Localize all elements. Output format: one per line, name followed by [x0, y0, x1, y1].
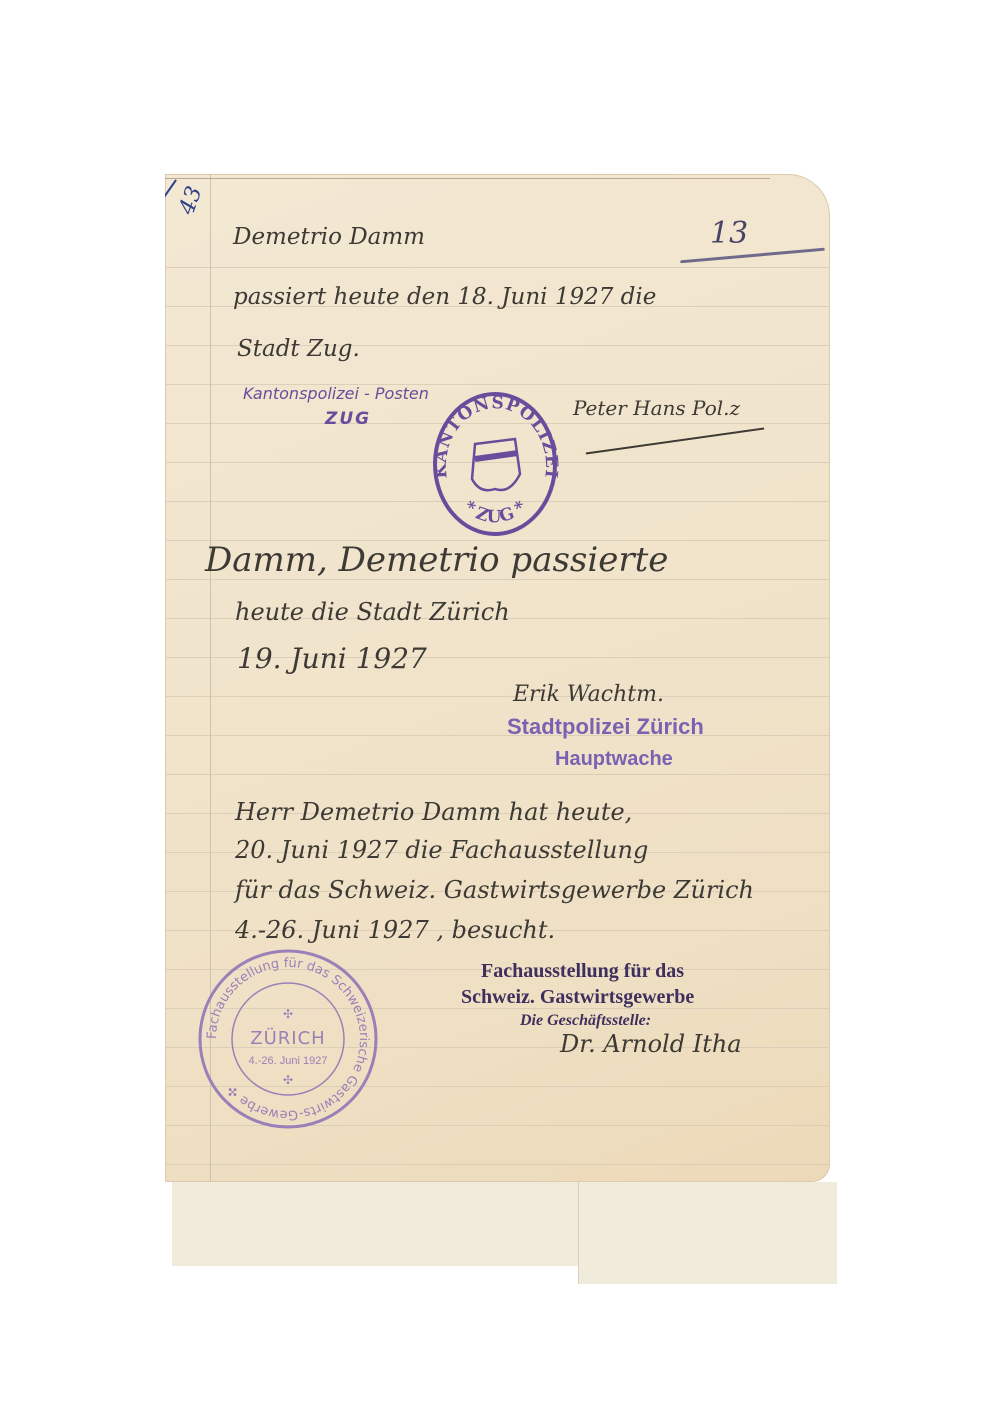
paper-strip-left — [172, 1180, 580, 1266]
stadtpolizei-stamp-line1: Stadtpolizei Zürich — [507, 714, 704, 740]
svg-text:4.-26. Juni 1927: 4.-26. Juni 1927 — [249, 1055, 328, 1067]
kantonspolizei-stamp-line2: ZUG — [325, 409, 371, 429]
exhibition-round-stamp: Fachausstellung für das Schweizerische G… — [195, 946, 381, 1132]
svg-text:ZÜRICH: ZÜRICH — [250, 1027, 325, 1049]
zurich-line-3: 19. Juni 1927 — [237, 642, 427, 675]
svg-text:KANTONSPOLIZEI: KANTONSPOLIZEI — [431, 393, 560, 480]
zurich-line-1: Damm, Demetrio passierte — [205, 540, 668, 580]
document-page: 43 13 Demetrio Damm passiert heute den 1… — [165, 174, 830, 1182]
exhibition-line-4: 4.-26. Juni 1927 , besucht. — [235, 916, 555, 944]
zug-line-3: Stadt Zug. — [237, 336, 360, 362]
exhibition-stamp-line1: Fachausstellung für das — [481, 960, 684, 983]
stadtpolizei-stamp-line2: Hauptwache — [555, 748, 673, 771]
exhibition-line-1: Herr Demetrio Damm hat heute, — [235, 798, 632, 826]
archive-number: 43 — [174, 183, 207, 218]
zug-signature: Peter Hans Pol.z — [573, 396, 740, 420]
kantonspolizei-stamp-line1: Kantonspolizei - Posten — [243, 384, 429, 403]
zug-line-1: Demetrio Damm — [233, 224, 425, 250]
exhibition-line-2: 20. Juni 1927 die Fachausstellung — [235, 836, 648, 864]
zurich-line-2: heute die Stadt Zürich — [235, 598, 510, 626]
kantonspolizei-round-stamp: KANTONSPOLIZEI * ZUG * — [430, 389, 560, 539]
svg-text:✣: ✣ — [283, 1007, 293, 1021]
svg-text:* ZUG *: * ZUG * — [460, 497, 531, 527]
exhibition-stamp-line3: Die Geschäftsstelle: — [520, 1012, 651, 1030]
top-fold — [165, 174, 770, 179]
exhibition-signature: Dr. Arnold Itha — [560, 1030, 742, 1058]
zurich-signature: Erik Wachtm. — [513, 682, 664, 707]
exhibition-stamp-line2: Schweiz. Gastwirtsgewerbe — [461, 986, 694, 1009]
zug-line-2: passiert heute den 18. Juni 1927 die — [233, 284, 656, 310]
exhibition-line-3: für das Schweiz. Gastwirtsgewerbe Zürich — [235, 876, 754, 904]
folio-number: 13 — [710, 216, 748, 251]
svg-text:✣: ✣ — [283, 1073, 293, 1087]
paper-strip-right — [578, 1182, 837, 1284]
